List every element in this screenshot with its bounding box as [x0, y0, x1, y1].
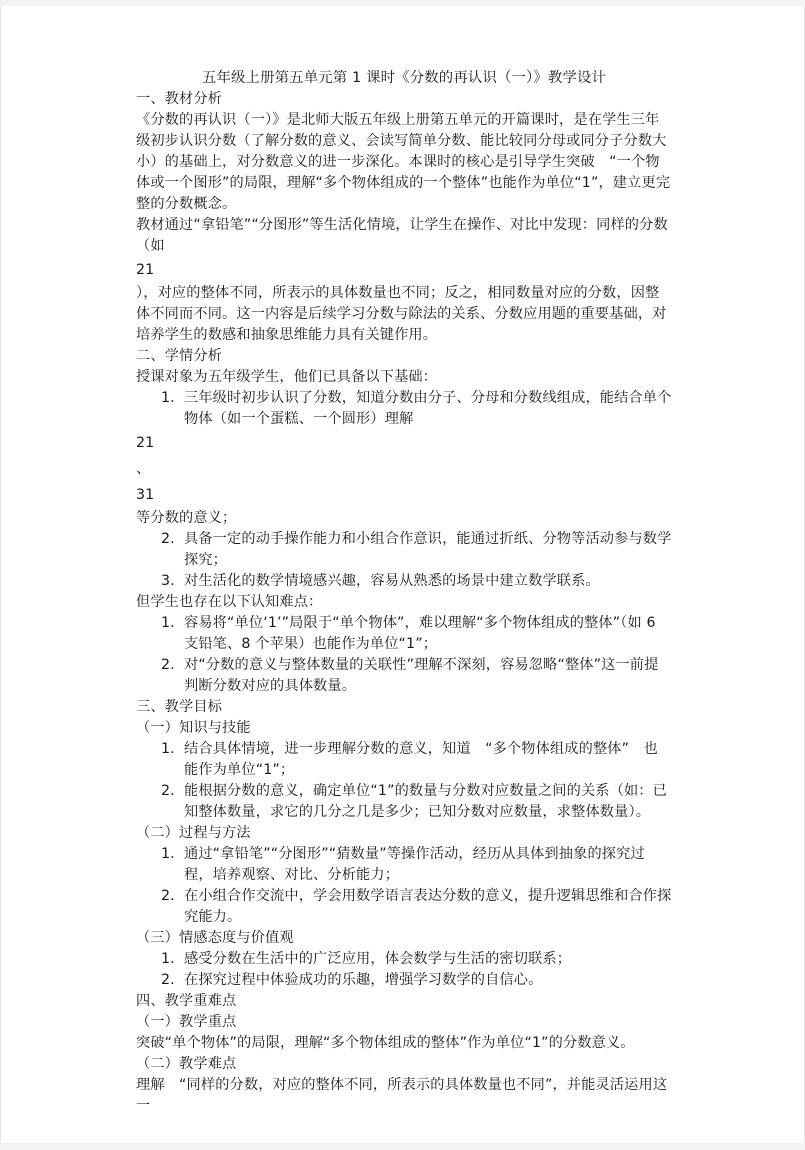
fraction-fragment: 21 [136, 257, 672, 283]
list-number: 2. [161, 781, 175, 802]
list-number: 1. [161, 613, 175, 634]
attitudes-values-list: 1. 感受分数在生活中的广泛应用，体会数学与生活的密切联系； 2. 在探究过程中… [136, 949, 672, 991]
paragraph-fraction-meaning: 等分数的意义； [136, 508, 672, 529]
section-heading-key-difficult-points: 四、教学重难点 [136, 991, 672, 1012]
student-difficulties-list: 1. 容易将“单位‘1’”局限于“单个物体”，难以理解“多个物体组成的整体”（如… [136, 613, 672, 697]
fraction-separator: 、 [136, 456, 672, 482]
list-item-text: 能根据分数的意义，确定单位“1”的数量与分数对应数量之间的关系（如：已知整体数量… [184, 783, 667, 820]
list-item-text: 三年级时初步认识了分数，知道分数由分子、分母和分数线组成，能结合单个物体（如一个… [184, 390, 671, 427]
list-item-text: 对生活化的数学情境感兴趣，容易从熟悉的场景中建立数学联系。 [184, 573, 600, 589]
list-item-text: 通过“拿铅笔”“分图形”“猜数量”等操作活动，经历从具体到抽象的探究过程，培养观… [184, 846, 645, 883]
list-item-text: 结合具体情境，进一步理解分数的意义，知道 “多个物体组成的整体” 也能作为单位“… [184, 741, 658, 778]
section-heading-teaching-goals: 三、教学目标 [136, 697, 672, 718]
fraction-fragment: 31 [136, 482, 672, 508]
paragraph-textbook-overview: 《分数的再认识（一）》是北师大版五年级上册第五单元的开篇课时，是在学生三年级初步… [136, 110, 672, 215]
list-item-text: 在探究过程中体验成功的乐趣，增强学习数学的自信心。 [184, 972, 542, 988]
list-item-text: 感受分数在生活中的广泛应用，体会数学与生活的密切联系； [184, 951, 571, 967]
paragraph-difficulty-intro: 但学生也存在以下认知难点： [136, 592, 672, 613]
student-basics-list: 1. 三年级时初步认识了分数，知道分数由分子、分母和分数线组成，能结合单个物体（… [136, 388, 672, 430]
knowledge-skills-list: 1. 结合具体情境，进一步理解分数的意义，知道 “多个物体组成的整体” 也能作为… [136, 739, 672, 823]
list-number: 1. [161, 949, 175, 970]
list-item: 1. 三年级时初步认识了分数，知道分数由分子、分母和分数线组成，能结合单个物体（… [136, 388, 672, 430]
list-number: 2. [161, 529, 175, 550]
document-content: 五年级上册第五单元第 1 课时《分数的再认识（一）》教学设计 一、教材分析 《分… [136, 68, 672, 1117]
list-item: 1. 容易将“单位‘1’”局限于“单个物体”，难以理解“多个物体组成的整体”（如… [136, 613, 672, 655]
list-item: 2. 在探究过程中体验成功的乐趣，增强学习数学的自信心。 [136, 970, 672, 991]
paragraph-difficult-points: 理解 “同样的分数，对应的整体不同，所表示的具体数量也不同”，并能灵活运用这一 [136, 1075, 672, 1117]
list-number: 2. [161, 655, 175, 676]
subheading-process-methods: （二）过程与方法 [136, 823, 672, 844]
list-item: 2. 具备一定的动手操作能力和小组合作意识，能通过折纸、分物等活动参与数学探究； [136, 529, 672, 571]
section-heading-textbook-analysis: 一、教材分析 [136, 89, 672, 110]
paragraph-student-intro: 授课对象为五年级学生，他们已具备以下基础： [136, 367, 672, 388]
list-item: 1. 感受分数在生活中的广泛应用，体会数学与生活的密切联系； [136, 949, 672, 970]
list-item: 2. 能根据分数的意义，确定单位“1”的数量与分数对应数量之间的关系（如：已知整… [136, 781, 672, 823]
subheading-attitudes-values: （三）情感态度与价值观 [136, 928, 672, 949]
list-item-text: 在小组合作交流中，学会用数学语言表达分数的意义，提升逻辑思维和合作探究能力。 [184, 888, 671, 925]
list-number: 2. [161, 886, 175, 907]
list-item: 1. 通过“拿铅笔”“分图形”“猜数量”等操作活动，经历从具体到抽象的探究过程，… [136, 844, 672, 886]
list-item: 3. 对生活化的数学情境感兴趣，容易从熟悉的场景中建立数学联系。 [136, 571, 672, 592]
list-number: 1. [161, 388, 175, 409]
paragraph-textbook-situations-a: 教材通过“拿铅笔”“分图形”等生活化情境，让学生在操作、对比中发现：同样的分数（… [136, 215, 672, 257]
list-item-text: 具备一定的动手操作能力和小组合作意识，能通过折纸、分物等活动参与数学探究； [184, 531, 671, 568]
list-number: 1. [161, 739, 175, 760]
fraction-fragment: 21 [136, 430, 672, 456]
paragraph-textbook-situations-b: ），对应的整体不同，所表示的具体数量也不同；反之，相同数量对应的分数，因整体不同… [136, 283, 672, 346]
paragraph-key-points: 突破“单个物体”的局限，理解“多个物体组成的整体”作为单位“1”的分数意义。 [136, 1033, 672, 1054]
list-item-text: 对“分数的意义与整体数量的关联性”理解不深刻，容易忽略“整体”这一前提判断分数对… [184, 657, 658, 694]
section-heading-student-analysis: 二、学情分析 [136, 346, 672, 367]
list-number: 2. [161, 970, 175, 991]
list-item: 2. 对“分数的意义与整体数量的关联性”理解不深刻，容易忽略“整体”这一前提判断… [136, 655, 672, 697]
list-item-text: 容易将“单位‘1’”局限于“单个物体”，难以理解“多个物体组成的整体”（如 6 … [184, 615, 656, 652]
subheading-knowledge-skills: （一）知识与技能 [136, 718, 672, 739]
student-basics-list-continued: 2. 具备一定的动手操作能力和小组合作意识，能通过折纸、分物等活动参与数学探究；… [136, 529, 672, 592]
list-number: 1. [161, 844, 175, 865]
subheading-difficult-points: （二）教学难点 [136, 1054, 672, 1075]
subheading-key-points: （一）教学重点 [136, 1012, 672, 1033]
process-methods-list: 1. 通过“拿铅笔”“分图形”“猜数量”等操作活动，经历从具体到抽象的探究过程，… [136, 844, 672, 928]
list-item: 2. 在小组合作交流中，学会用数学语言表达分数的意义，提升逻辑思维和合作探究能力… [136, 886, 672, 928]
document-page: 五年级上册第五单元第 1 课时《分数的再认识（一）》教学设计 一、教材分析 《分… [0, 6, 805, 1143]
list-number: 3. [161, 571, 175, 592]
list-item: 1. 结合具体情境，进一步理解分数的意义，知道 “多个物体组成的整体” 也能作为… [136, 739, 672, 781]
document-title: 五年级上册第五单元第 1 课时《分数的再认识（一）》教学设计 [136, 68, 672, 89]
